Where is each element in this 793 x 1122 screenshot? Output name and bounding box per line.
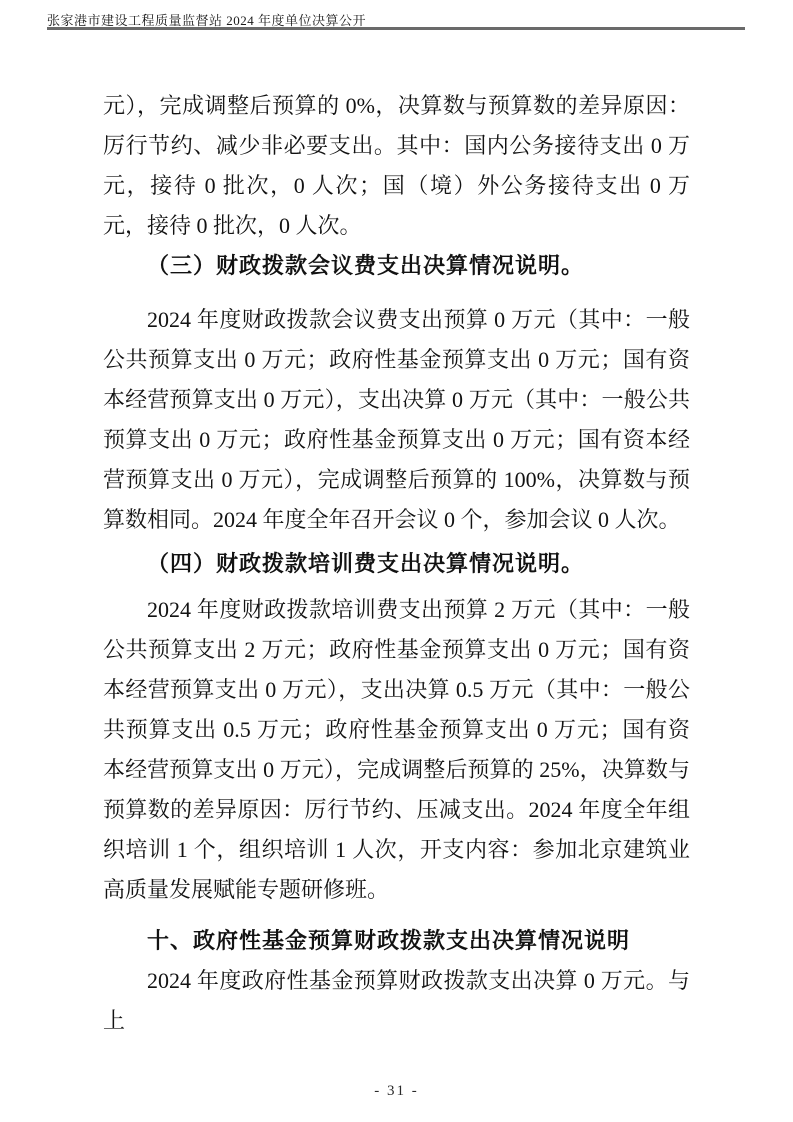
header-rule <box>47 27 745 30</box>
paragraph-official-reception-continuation: 元），完成调整后预算的 0%，决算数与预算数的差异原因：厉行节约、减少非必要支出… <box>103 86 690 246</box>
document-page: 张家港市建设工程质量监督站 2024 年度单位决算公开 元），完成调整后预算的 … <box>0 0 793 1122</box>
paragraph-gov-fund-budget: 2024 年度政府性基金预算财政拨款支出决算 0 万元。与上 <box>103 961 690 1041</box>
subsection-heading-conference-fee: （三）财政拨款会议费支出决算情况说明。 <box>103 246 690 286</box>
paragraph-conference-fee: 2024 年度财政拨款会议费支出预算 0 万元（其中：一般公共预算支出 0 万元… <box>103 300 690 540</box>
page-footer: - 31 - <box>0 1082 793 1100</box>
paragraph-training-fee: 2024 年度财政拨款培训费支出预算 2 万元（其中：一般公共预算支出 2 万元… <box>103 590 690 910</box>
subsection-heading-training-fee: （四）财政拨款培训费支出决算情况说明。 <box>103 544 690 584</box>
page-number: - 31 - <box>374 1083 419 1099</box>
section-heading-gov-fund-budget: 十、政府性基金预算财政拨款支出决算情况说明 <box>103 921 690 961</box>
